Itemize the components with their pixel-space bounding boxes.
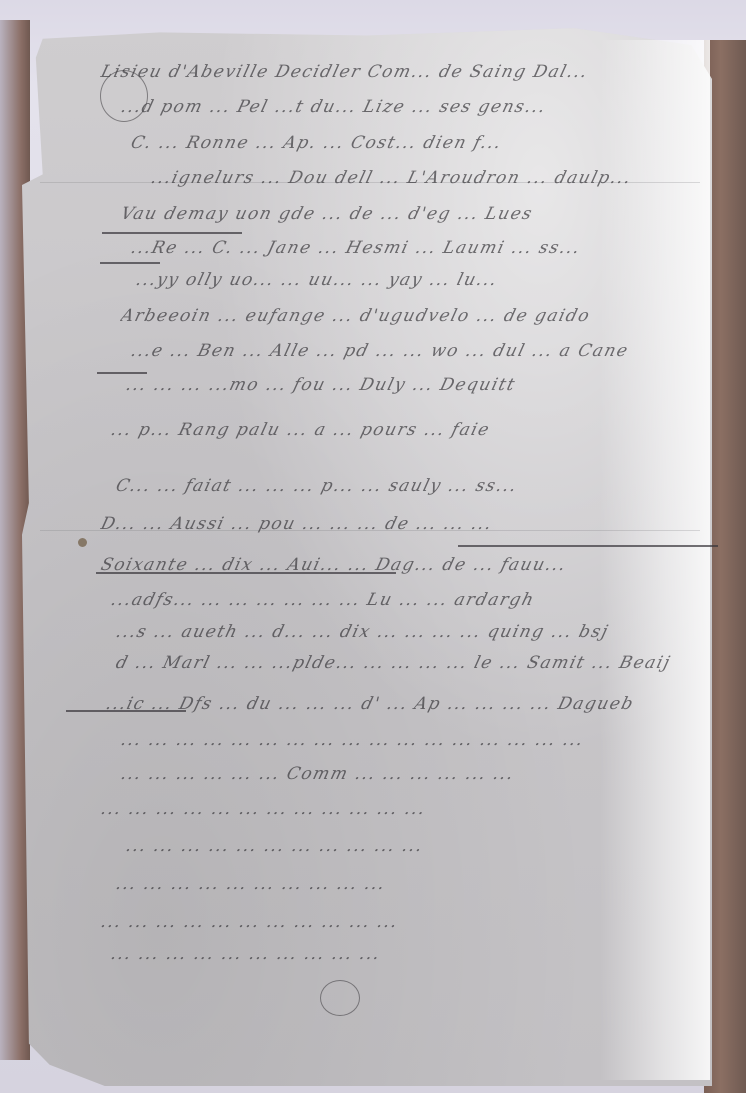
handwritten-line: ... ... ... ... ... ... ... ... ... ... [111,874,698,904]
handwritten-line: ...s ... aueth ... d... ... dix ... ... … [111,622,688,652]
handwritten-line: ...adfs... ... ... ... ... ... ... Lu ..… [106,590,703,620]
handwritten-line: ... p... Rang palu ... a ... pours ... f… [106,420,693,450]
handwritten-line: d ... Marl ... ... ...plde... ... ... ..… [111,653,688,683]
handwritten-line: ...Re ... C. ... Jane ... Hesmi ... Laum… [126,238,693,268]
ink-rule-line [458,545,718,547]
handwritten-line: ...e ... Ben ... Alle ... pd ... ... wo … [126,341,693,371]
handwritten-line: Arbeeoin ... eufange ... d'ugudvelo ... … [116,306,703,336]
ink-rule-line [97,372,147,374]
ink-rule-line [66,710,186,712]
handwritten-line: ...yy olly uo... ... uu... ... yay ... l… [131,270,718,300]
handwritten-line: ...d pom ... Pel ...t du... Lize ... ses… [116,97,713,127]
handwritten-line: Vau demay uon gde ... de ... d'eg ... Lu… [116,204,703,234]
ink-rule-line [96,572,396,574]
handwritten-line: ... ... ... ...mo ... fou ... Duly ... D… [121,375,688,405]
handwritten-line: ...ic ... Dfs ... du ... ... ... d' ... … [101,694,698,724]
handwritten-line: C. ... Ronne ... Ap. ... Cost... dien f.… [126,133,693,163]
handwritten-line: ... ... ... ... ... ... ... ... ... ... … [96,912,703,942]
handwritten-line: Lisieu d'Abeville Decidler Com... de Sai… [96,62,703,92]
handwritten-line: ...ignelurs ... Dou dell ... L'Aroudron … [146,168,713,198]
handwritten-text-block: Lisieu d'Abeville Decidler Com... de Sai… [0,0,746,1093]
handwritten-line: D... ... Aussi ... pou ... ... ... de ..… [96,514,703,544]
handwritten-line: ... ... ... ... ... ... ... ... ... ... [106,944,683,974]
handwritten-line: ... ... ... ... ... ... Comm ... ... ...… [116,764,683,794]
handwritten-line: ... ... ... ... ... ... ... ... ... ... … [116,730,713,760]
handwritten-line: ... ... ... ... ... ... ... ... ... ... … [96,799,693,829]
ink-rule-line [100,262,160,264]
ink-rule-line [102,232,242,234]
handwritten-line: ... ... ... ... ... ... ... ... ... ... … [121,836,688,866]
handwritten-line: C... ... faiat ... ... ... p... ... saul… [111,476,698,506]
handwritten-line: Soixante ... dix ... Aui... ... Dag... d… [96,555,703,585]
